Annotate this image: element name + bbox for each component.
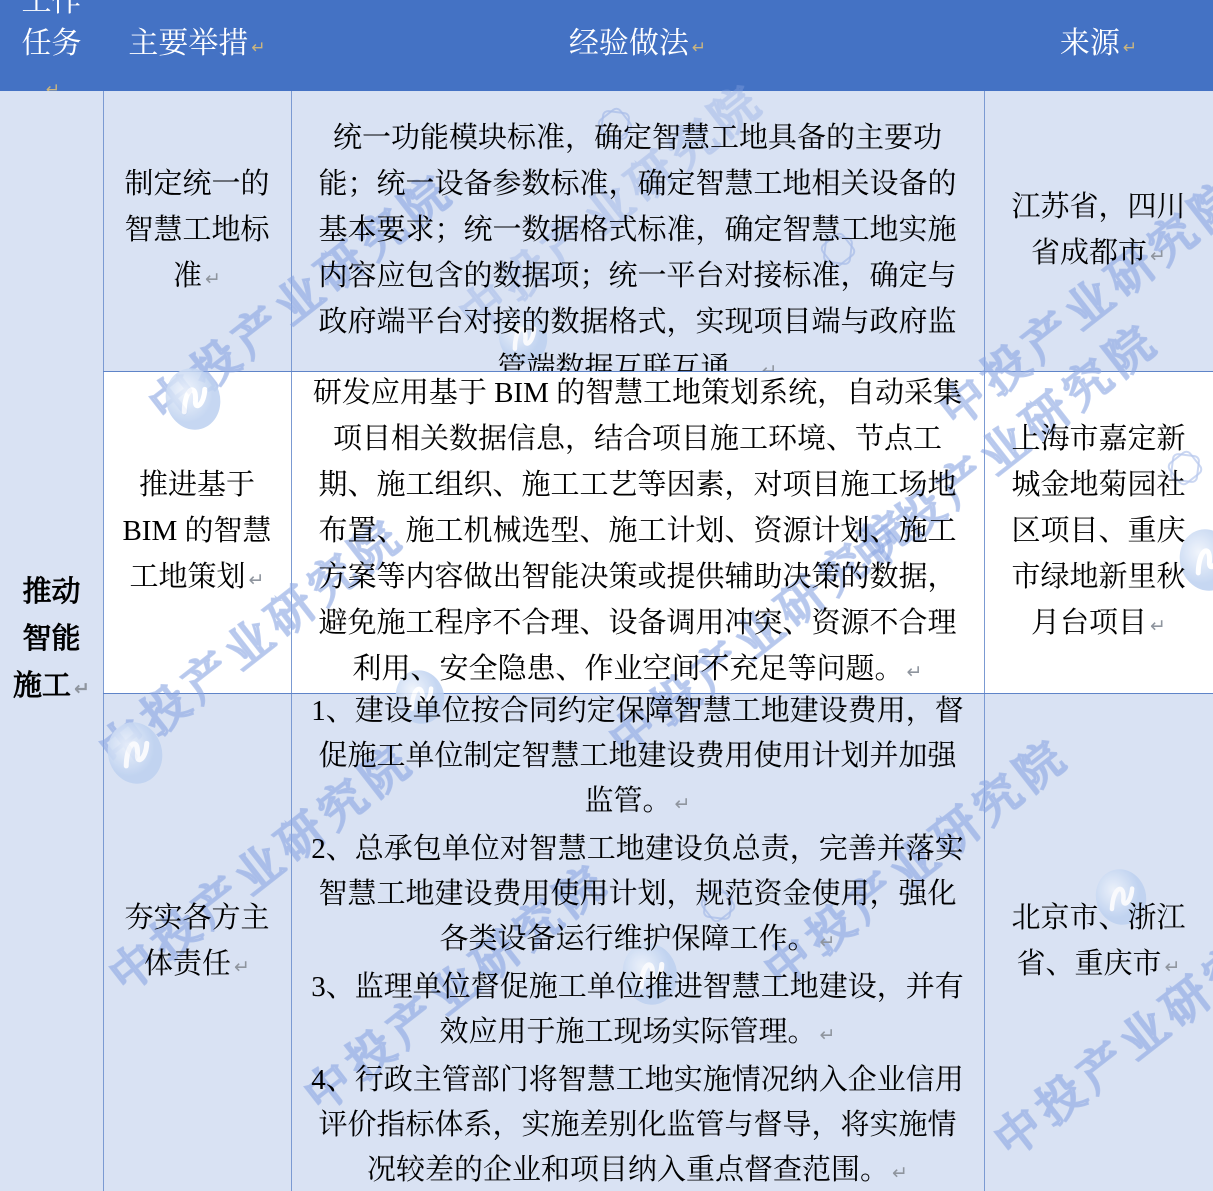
cell-measure-row3: 夯实各方主 体责任 <box>103 693 291 1191</box>
header-cell-measure: 主要举措 <box>103 0 291 91</box>
paragraph-mark <box>248 27 265 60</box>
cell-measure-row2: 推进基于 BIM 的智慧 工地策划 <box>103 371 291 693</box>
experience-list-item: 4、行政主管部门将智慧工地实施情况纳入企业信用 评价指标体系，实施差别化监管与督… <box>311 1058 964 1191</box>
paragraph-mark <box>904 653 923 685</box>
cell-source-row3: 北京市、浙江 省、重庆市 <box>984 693 1213 1191</box>
experience-text: 2、总承包单位对智慧工地建设负总责，完善并落实 智慧工地建设费用使用计划，规范资… <box>311 833 964 955</box>
measure-text: 制定统一的 智慧工地标 准 <box>124 168 269 292</box>
paragraph-mark <box>231 948 250 980</box>
header-source-label: 来源 <box>1060 27 1120 60</box>
paragraph-mark <box>71 670 90 702</box>
experience-text: 研发应用基于 BIM 的智慧工地策划系统，自动采集 项目相关数据信息，结合项目施… <box>313 377 962 685</box>
experience-list-item: 1、建设单位按合同约定保障智慧工地建设费用，督 促施工单位制定智慧工地建设费用使… <box>311 693 964 827</box>
paragraph-mark <box>246 561 265 593</box>
paragraph-mark <box>689 27 706 60</box>
experience-text: 联互通。 <box>643 352 759 372</box>
header-cell-experience: 经验做法 <box>291 0 984 91</box>
paragraph-mark <box>43 65 60 92</box>
paragraph-mark <box>759 352 778 372</box>
cell-source-row2: 上海市嘉定新 城金地菊园社 区项目、重庆 市绿地新里秋 月台项目 <box>984 371 1213 693</box>
paragraph-mark <box>817 1016 836 1048</box>
header-cell-task: 工作 任务 <box>0 0 103 91</box>
paragraph-mark <box>1147 237 1166 269</box>
paragraph-mark <box>1162 948 1181 980</box>
experience-text-grammar-underlined: 端数据互 <box>527 352 643 372</box>
source-text: 北京市、浙江 省、重庆市 <box>1011 902 1185 980</box>
cell-experience-row2: 研发应用基于 BIM 的智慧工地策划系统，自动采集 项目相关数据信息，结合项目施… <box>291 371 984 693</box>
paragraph-mark <box>672 785 691 817</box>
paragraph-mark <box>1120 27 1137 60</box>
experience-list-item: 3、监理单位督促施工单位推进智慧工地建设，并有 效应用于施工现场实际管理。 <box>311 965 964 1058</box>
experience-text: 3、监理单位督促施工单位推进智慧工地建设，并有 效应用于施工现场实际管理。 <box>311 971 964 1048</box>
header-measure-label: 主要举措 <box>128 27 248 60</box>
table: 工作 任务 主要举措 经验做法 来源 推动 智能 施工 制定统一的 智慧工地标 … <box>0 0 1213 1191</box>
cell-source-row1: 江苏省，四川 省成都市 <box>984 91 1213 371</box>
experience-list-item: 2、总承包单位对智慧工地建设负总责，完善并落实 智慧工地建设费用使用计划，规范资… <box>311 827 964 965</box>
document-table-page: 中投产业研究院 中投产业研究院 中投产业研究院 中投产业研究院 中投产业研究院 … <box>0 0 1213 1191</box>
header-cell-source: 来源 <box>984 0 1213 91</box>
experience-text: 1、建设单位按合同约定保障智慧工地建设费用，督 促施工单位制定智慧工地建设费用使… <box>311 695 964 817</box>
cell-measure-row1: 制定统一的 智慧工地标 准 <box>103 91 291 371</box>
cell-experience-row3: 1、建设单位按合同约定保障智慧工地建设费用，督 促施工单位制定智慧工地建设费用使… <box>291 693 984 1191</box>
header-experience-label: 经验做法 <box>569 27 689 60</box>
header-task-label: 工作 任务 <box>22 0 82 65</box>
paragraph-mark <box>202 260 221 292</box>
cell-work-task: 推动 智能 施工 <box>0 91 103 1191</box>
experience-text: 统一功能模块标准，确定智慧工地具备的主要功 能；统一设备参数标准，确定智慧工地相… <box>318 122 956 372</box>
paragraph-mark <box>817 923 836 955</box>
cell-experience-row1: 统一功能模块标准，确定智慧工地具备的主要功 能；统一设备参数标准，确定智慧工地相… <box>291 91 984 371</box>
paragraph-mark <box>1147 607 1166 639</box>
paragraph-mark <box>889 1154 908 1186</box>
experience-text: 4、行政主管部门将智慧工地实施情况纳入企业信用 评价指标体系，实施差别化监管与督… <box>311 1064 964 1186</box>
